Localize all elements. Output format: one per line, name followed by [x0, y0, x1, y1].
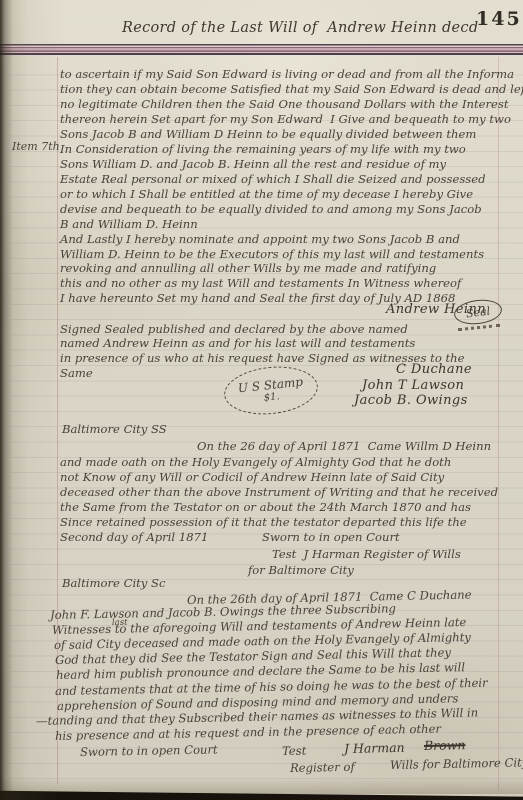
manuscript-line: Test — [282, 744, 307, 758]
manuscript-line: or to which I Shall be entitled at the t… — [60, 187, 473, 201]
manuscript-line: deceased other than the above Instrument… — [60, 485, 498, 499]
struck-word: Brown — [424, 738, 466, 753]
witness-signature-lawson: John T Lawson — [362, 379, 464, 393]
manuscript-line: for Baltimore City — [248, 563, 354, 577]
manuscript-line: the Same from the Testator on or about t… — [60, 500, 471, 514]
witness-signature-owings: Jacob B. Owings — [354, 394, 468, 408]
manuscript-line: named Andrew Heinn as and for his last w… — [60, 336, 415, 350]
manuscript-line: Register of — [290, 760, 355, 775]
manuscript-line: devise and bequeath to be equally divide… — [60, 202, 482, 216]
page-gutter — [0, 0, 64, 800]
seal-label: Seal — [465, 304, 491, 320]
manuscript-line: Same — [60, 366, 93, 380]
page-number: 145 — [476, 8, 522, 30]
manuscript-line: not Know of any Will or Codicil of Andre… — [60, 470, 444, 484]
manuscript-line: and made oath on the Holy Evangely of Al… — [60, 455, 451, 469]
witness-signature-duchane: C Duchane — [396, 363, 472, 377]
venue-caption-1: Baltimore City SS — [62, 422, 167, 436]
manuscript-line: Sworn to in open Court — [262, 530, 400, 544]
manuscript-line: this and no other as my last Will and te… — [60, 276, 461, 290]
register-signature: J Harman — [344, 741, 405, 756]
manuscript-line: Since retained possession of it that the… — [60, 515, 467, 529]
manuscript-line: revoking and annulling all other Wills b… — [60, 261, 436, 275]
manuscript-line: Sworn to in open Court — [80, 742, 218, 759]
revenue-stamp: U S Stamp $1. — [222, 362, 320, 419]
will-record-page: 145 Record of the Last Will of Andrew He… — [0, 0, 523, 800]
header-title: Record of the Last Will of Andrew Heinn … — [122, 20, 478, 36]
manuscript-line: B and William D. Heinn — [60, 217, 198, 231]
manuscript-line: On the 26 day of April 1871 Came Willm D… — [197, 439, 491, 453]
manuscript-line: And Lastly I hereby nominate and appoint… — [60, 232, 460, 246]
manuscript-line: Second day of April 1871 — [60, 530, 208, 544]
item-7-label: Item 7th — [12, 140, 60, 154]
ornamental-rule — [0, 44, 523, 55]
manuscript-line: In Consideration of living the remaining… — [60, 142, 466, 156]
revenue-stamp-value: $1. — [263, 391, 280, 404]
manuscript-line: no legitimate Children then the Said One… — [60, 97, 509, 111]
manuscript-line: Test J Harman Register of Wills — [272, 547, 461, 561]
manuscript-line: Signed Sealed published and declared by … — [60, 322, 408, 336]
manuscript-line: Sons William D. and Jacob B. Heinn all t… — [60, 157, 446, 171]
venue-caption-2: Baltimore City Sc — [62, 576, 165, 590]
manuscript-line: Estate Real personal or mixed of which I… — [60, 172, 486, 186]
page-bottom-shade — [0, 778, 523, 794]
manuscript-line: Sons Jacob B and William D Heinn to be e… — [60, 127, 476, 141]
manuscript-line: to ascertain if my Said Son Edward is li… — [60, 67, 514, 81]
manuscript-line: William D. Heinn to be the Executors of … — [60, 247, 484, 261]
manuscript-line: Wills for Baltimore City — [390, 755, 523, 772]
manuscript-line: thereon herein Set apart for my Son Edwa… — [60, 112, 511, 126]
manuscript-line: tion they can obtain become Satisfied th… — [60, 82, 523, 96]
margin-line-right — [498, 57, 499, 790]
seal-flourish — [458, 324, 500, 331]
